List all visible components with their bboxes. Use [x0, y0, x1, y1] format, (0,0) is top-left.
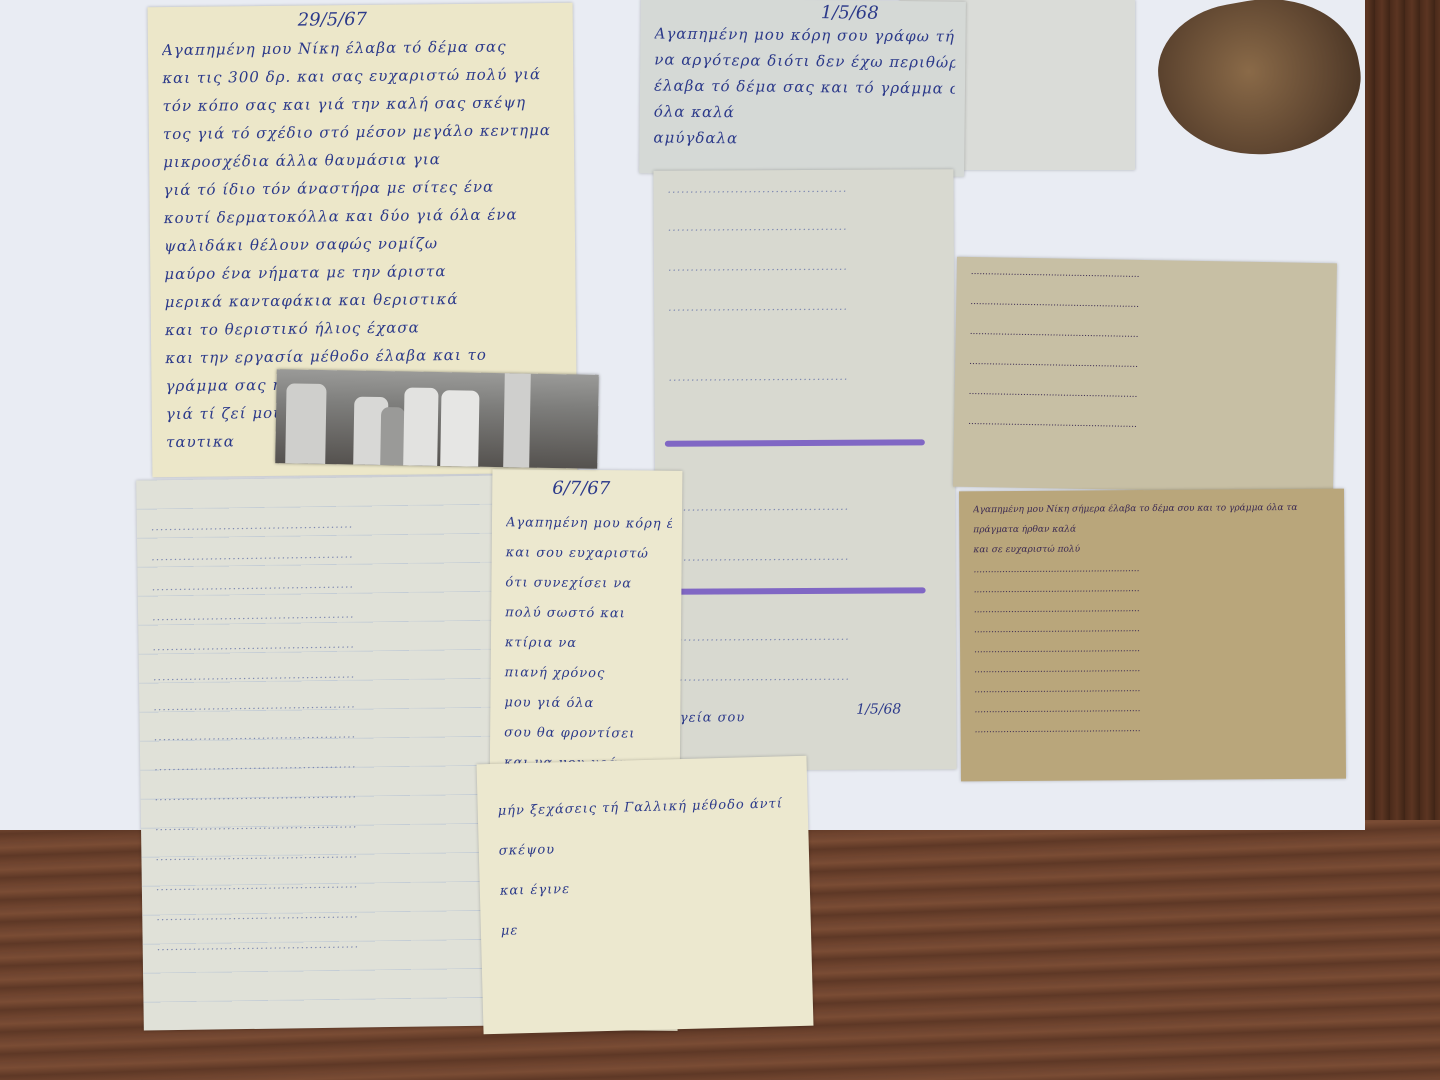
letter-line: γιά τό ίδιο τόν άναστήρα με σίτες ένα — [163, 177, 564, 199]
black-and-white-photograph — [275, 369, 599, 469]
letter-line: πράγματα ήρθαν καλά — [973, 523, 1334, 536]
letter-line: Αγαπημένη μου Νίκη σήμερα έλαβα το δέμα … — [973, 503, 1334, 516]
person-figure — [285, 383, 326, 464]
letter-line: κτίρια να — [505, 635, 671, 651]
letter-line: με — [501, 916, 801, 939]
letter-2-bottom: ........................................… — [653, 169, 956, 771]
letter-line: και σε ευχαριστώ πολύ — [973, 543, 1334, 556]
photo-fold — [503, 373, 531, 467]
letter-line: ψαλιδάκι θέλουν σαφώς νομίζω — [164, 233, 565, 255]
letter-date: 1/5/68 — [821, 2, 879, 24]
letter-line: μήν ξεχάσεις τή Γαλλική μέθοδο άντί — [498, 796, 798, 819]
letter-line: μαύρο ένα νήματα με την άριστα — [164, 261, 565, 283]
letter-line: μου γιά όλα — [504, 695, 670, 711]
letter-date: 29/5/67 — [298, 9, 368, 31]
letter-line: αμύγδαλα — [653, 128, 954, 149]
letter-line: και τις 300 δρ. και σας ευχαριστώ πολύ γ… — [162, 65, 563, 87]
letter-line: κουτί δερματοκόλλα και δύο γιά όλα ένα — [164, 205, 565, 227]
letter-line: τόν κόπο σας και γιά την καλή σας σκέψη — [162, 93, 563, 115]
person-figure — [440, 390, 479, 467]
letter-line: και την εργασία μέθοδο έλαβα και το — [165, 345, 566, 367]
letter-2-top: 1/5/68 Αγαπημένη μου κόρη σου γράφω τήν … — [639, 0, 966, 177]
letter-date: 1/5/68 — [856, 701, 901, 717]
letter-line: όλα καλά — [654, 102, 955, 123]
letter-line: ότι συνεχίσει να — [505, 575, 671, 591]
lined-letter-faded: ........................................… — [136, 476, 504, 1031]
letter-line: και σου ευχαριστώ — [506, 545, 672, 561]
letter-line: σου θα φροντίσει — [504, 725, 670, 741]
crossed-out-text — [665, 439, 925, 446]
letter-line: να αργότερα διότι δεν έχω περιθώρια — [654, 50, 955, 71]
letter-line: Αγαπημένη μου κόρη έλαβα — [506, 515, 672, 531]
letter-line: πολύ σωστό και — [505, 605, 671, 621]
small-letter-yellowed: Αγαπημένη μου Νίκη σήμερα έλαβα το δέμα … — [959, 489, 1346, 782]
letter-line: μερικά κανταφάκια και θεριστικά — [165, 289, 566, 311]
letter-line: Αγαπημένη μου κόρη σου γράφω τήν άλλη μέ… — [654, 24, 955, 45]
crossed-out-text — [666, 587, 926, 594]
letter-line: τος γιά τό σχέδιο στό μέσον μεγάλο κεντη… — [163, 121, 564, 143]
person-figure — [380, 407, 405, 465]
small-letter-stack-top: ........................................… — [953, 257, 1337, 494]
letter-signature: Υγεία σου — [670, 709, 946, 725]
letter-line: μικροσχέδια άλλα θαυμάσια για — [163, 149, 564, 171]
letter-line: και το θεριστικό ήλιος έχασα — [165, 317, 566, 339]
letter-line: έλαβα τό δέμα σας και τό γράμμα σου — [654, 76, 955, 97]
letter-line: σκέψου — [499, 836, 799, 859]
letter-3-folded-bottom: μήν ξεχάσεις τή Γαλλική μέθοδο άντί σκέψ… — [477, 756, 814, 1035]
letter-line: πιανή χρόνος — [505, 665, 671, 681]
person-figure — [403, 387, 438, 466]
letter-line: Αγαπημένη μου Νίκη έλαβα τό δέμα σας — [162, 37, 563, 59]
letter-line: και έγινε — [500, 876, 800, 899]
letter-date: 6/7/67 — [552, 478, 610, 500]
